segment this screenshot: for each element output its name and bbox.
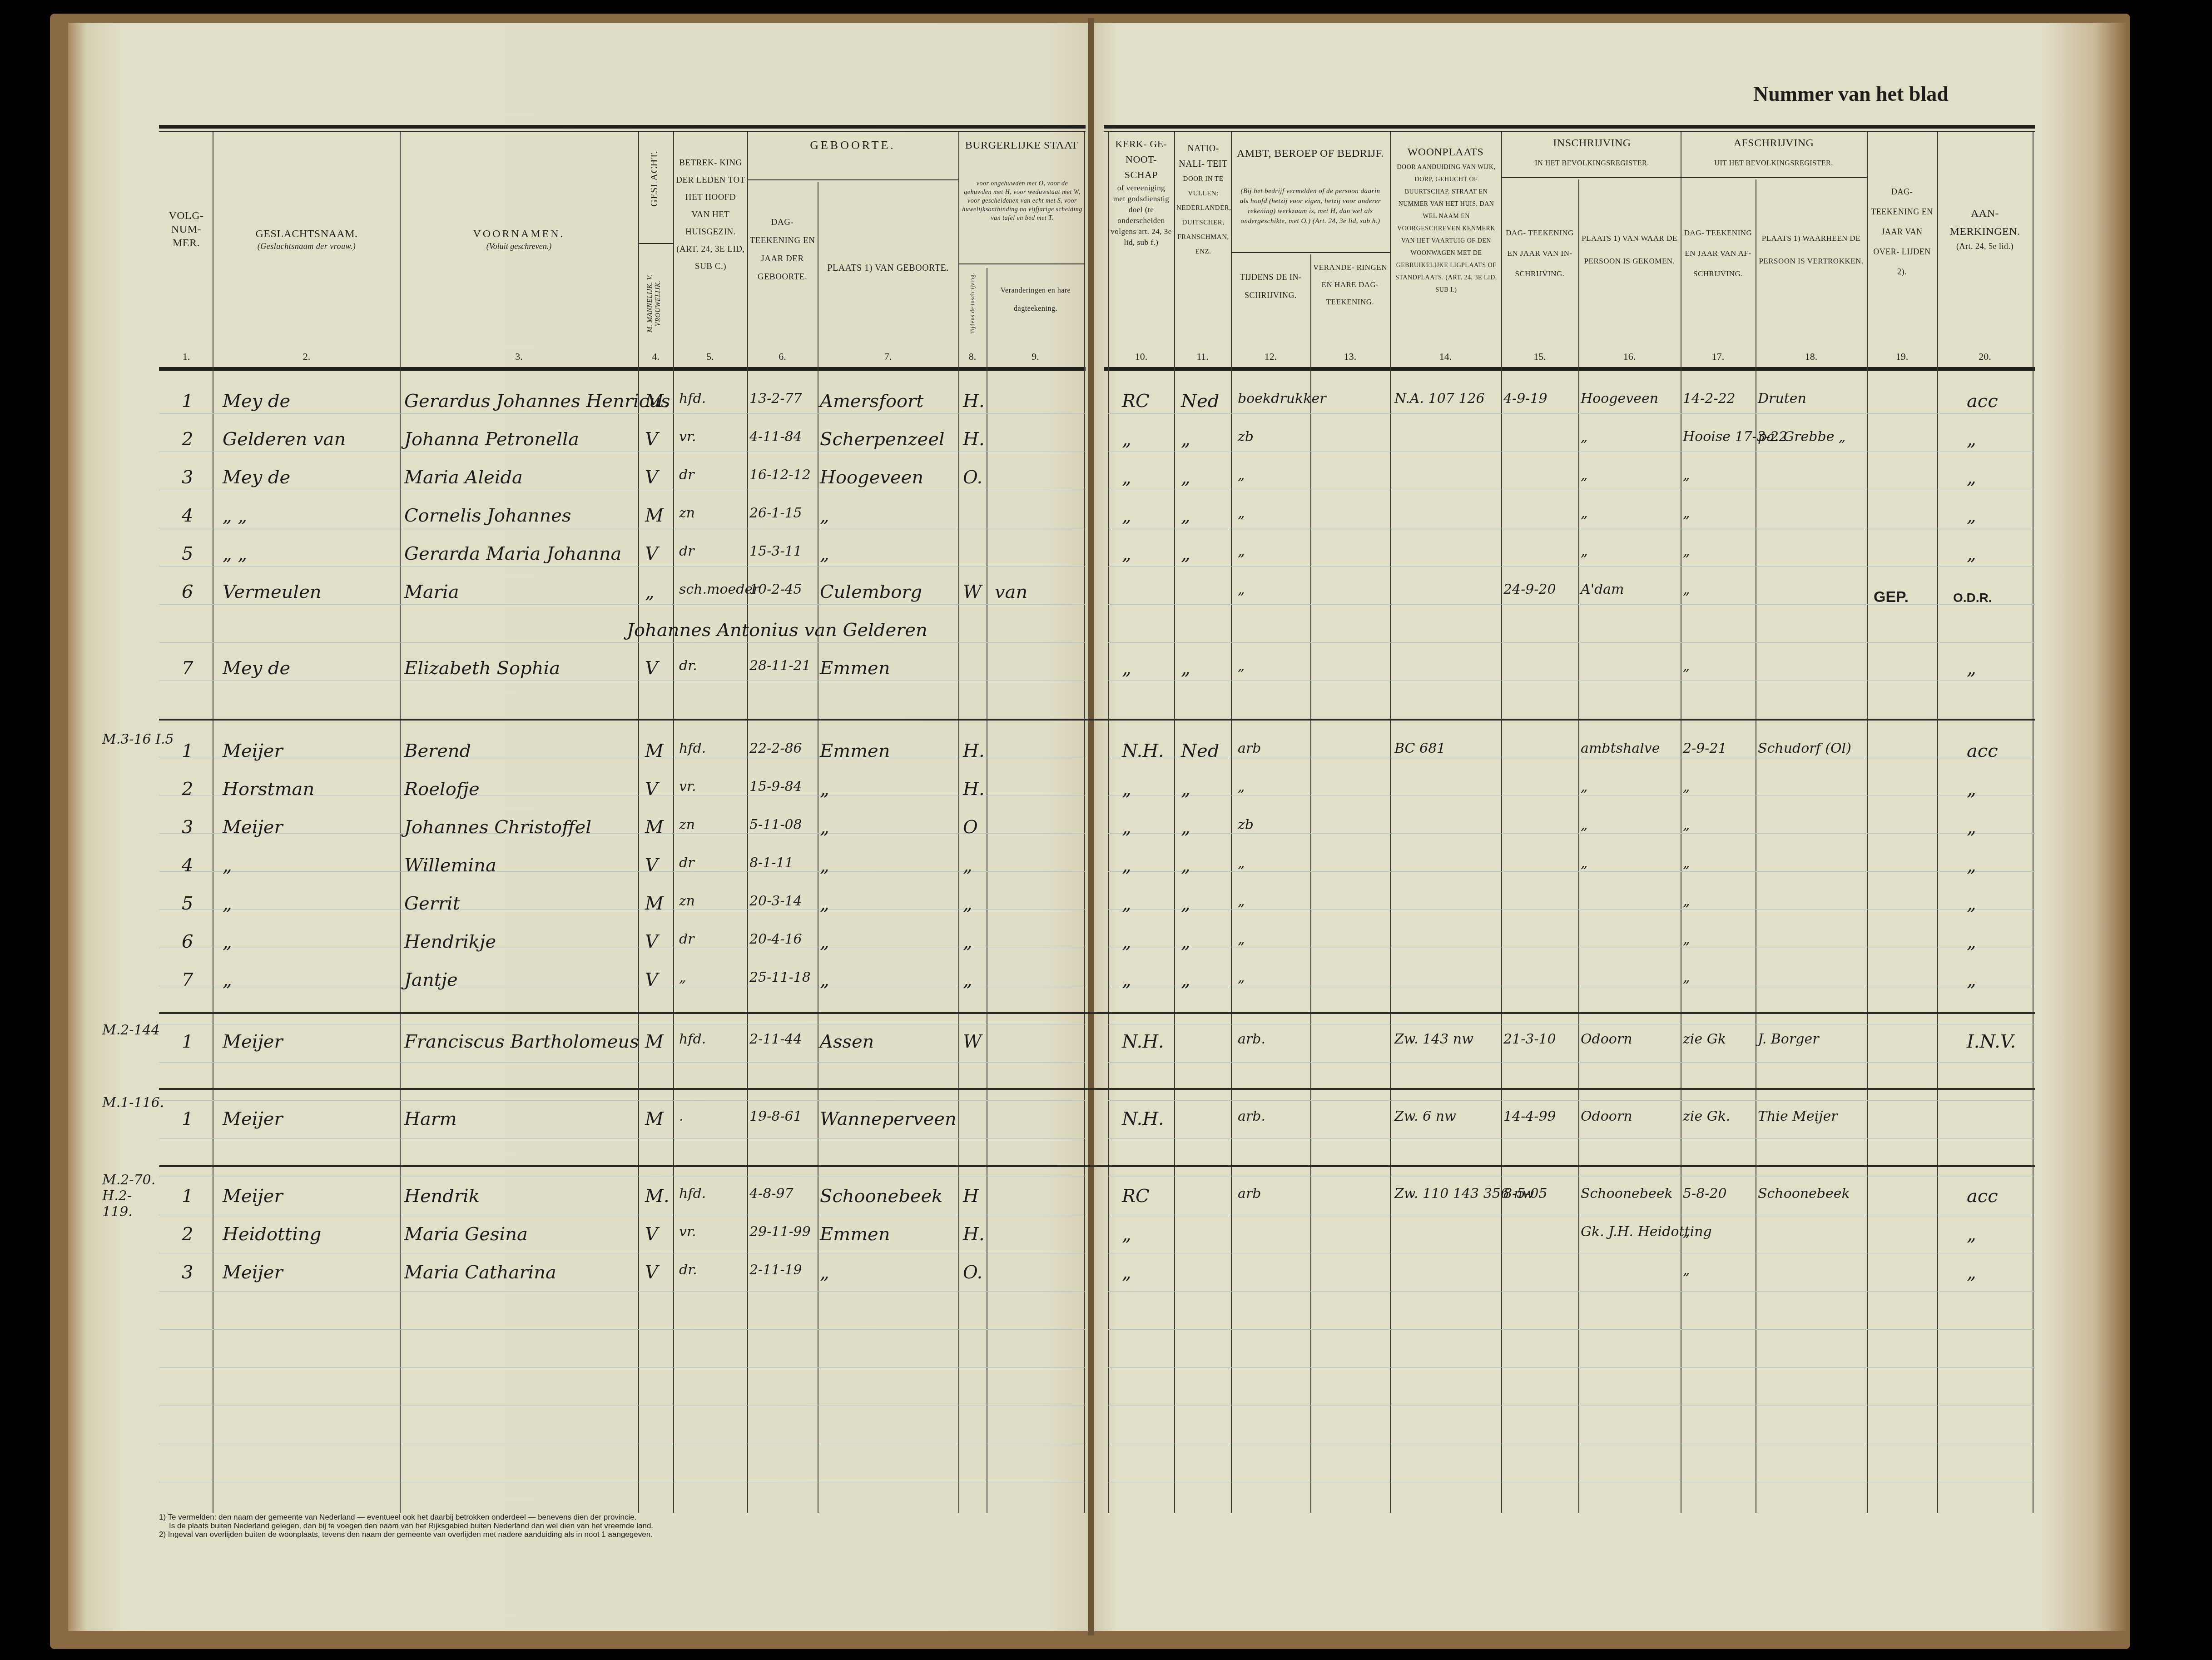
- cell-nr: 6: [182, 581, 193, 602]
- cell-birth-place: „: [820, 893, 829, 914]
- group-rule-afschrijving: [1681, 177, 1867, 178]
- margin-note: M.3-16 I.5: [102, 731, 174, 747]
- cell-in-from: A'dam: [1581, 581, 1624, 597]
- header-bottom-rule-right: [1104, 367, 2035, 371]
- header-col20: Aan- merkingen.(Art. 24, 5e lid.): [1939, 204, 2030, 252]
- cell-in-from: „: [1581, 779, 1588, 795]
- col-line: [1231, 132, 1232, 1513]
- cell-in-from: Odoorn: [1581, 1031, 1632, 1047]
- header-col19: Dag- teekening en jaar van over- lijden …: [1869, 182, 1935, 282]
- cell-birth-place: „: [820, 505, 829, 526]
- ruled-line: [159, 566, 1086, 567]
- cell-occupation: arb.: [1238, 1108, 1265, 1124]
- col-line: [1937, 132, 1938, 1513]
- cell-birth-date: 16-12-12: [749, 467, 811, 483]
- cell-out-date: 2-9-21: [1683, 741, 1727, 756]
- ruled-line: [159, 1138, 1086, 1139]
- cell-nr: 5: [182, 543, 193, 564]
- group-rule-inschrijving: [1501, 177, 1681, 178]
- cell-remarks: „: [1967, 467, 1976, 488]
- header-group-afschrijving: Afschrijving: [1683, 136, 1865, 150]
- ruled-line: [1108, 1367, 2035, 1368]
- cell-occupation: „: [1238, 931, 1245, 947]
- ruled-line: [1108, 1024, 2035, 1024]
- cell-in-from: Hoogeveen: [1581, 391, 1658, 407]
- colnum-7: 7.: [818, 351, 958, 363]
- group-rule-geslacht: [638, 243, 673, 244]
- col-line: [1084, 132, 1085, 1513]
- header-col13: Verande- ringen en hare dag- teekening.: [1313, 259, 1388, 311]
- colnum-13: 13.: [1310, 351, 1390, 363]
- cell-birth-date: 15-3-11: [749, 543, 802, 559]
- ruled-line: [1108, 948, 2035, 948]
- cell-nationality: „: [1181, 505, 1190, 526]
- cell-church: „: [1122, 543, 1131, 564]
- cell-given: Gerarda Maria Johanna: [404, 543, 621, 564]
- cell-birth-date: 8-1-11: [749, 855, 794, 871]
- cell-nr: 5: [182, 893, 193, 914]
- cell-birth-place: Wanneperveen: [820, 1108, 957, 1129]
- ruled-line: [159, 833, 1086, 834]
- cell-given: Franciscus Bartholomeus: [404, 1031, 639, 1052]
- cell-in-from: „: [1581, 467, 1588, 483]
- col-line: [400, 132, 401, 1513]
- cell-birth-place: Amersfoort: [820, 391, 923, 412]
- col-line: [1174, 132, 1175, 1513]
- cell-nationality: „: [1181, 658, 1190, 679]
- cell-sex: M: [645, 817, 664, 838]
- cell-out-date: „: [1683, 969, 1690, 985]
- cell-relation: sch.moeder: [679, 581, 759, 597]
- group-rule-geboorte: [747, 179, 958, 180]
- ruled-line: [159, 1444, 1086, 1444]
- header-col17: Dag- teekening en jaar van af- schrijvin…: [1683, 223, 1753, 284]
- cell-sex: M: [645, 1031, 664, 1052]
- header-col2-sub: (Geslachtsnaam der vrouw.): [216, 241, 397, 252]
- cell-given: Maria: [404, 581, 459, 602]
- cell-civil: O.: [963, 1262, 982, 1283]
- header-group-ambt-sub: (Bij het bedrijf vermelden of de persoon…: [1235, 186, 1385, 226]
- cell-sex: M.: [645, 1186, 670, 1207]
- colnum-12: 12.: [1231, 351, 1310, 363]
- cell-surname: Meijer: [223, 817, 283, 838]
- death-stamp: GEP.: [1874, 588, 1909, 606]
- cell-relation: zn: [679, 893, 695, 909]
- cell-church: N.H.: [1122, 1108, 1164, 1129]
- cell-occupation: arb.: [1238, 1031, 1265, 1047]
- header-col4-sub: M. Mannelijk. V. Vrouwelijk.: [646, 253, 662, 353]
- header-col3: Voornamen.(Voluit geschreven.): [402, 227, 636, 252]
- cell-relation: vr.: [679, 429, 696, 445]
- cell-surname: „: [223, 893, 232, 914]
- cell-remarks: „: [1967, 931, 1976, 952]
- cell-surname: Gelderen van: [223, 429, 346, 450]
- ruled-line: [1108, 1062, 2035, 1063]
- cell-occupation: „: [1238, 779, 1245, 795]
- ruled-line: [1108, 1444, 2035, 1444]
- cell-relation: .: [679, 1108, 684, 1124]
- cell-given: Hendrik: [404, 1186, 480, 1207]
- margin-note: M.2-144: [102, 1022, 160, 1038]
- cell-sex: V: [645, 658, 658, 679]
- colnum-3: 3.: [400, 351, 638, 363]
- header-col14-sub: door aanduiding van wijk, dorp, gehucht …: [1394, 161, 1499, 296]
- cell-birth-place: „: [820, 855, 829, 876]
- cell-birth-date: 26-1-15: [749, 505, 802, 521]
- cell-nr: 4: [182, 855, 193, 876]
- ruled-line: [159, 1062, 1086, 1063]
- cell-birth-date: 13-2-77: [749, 391, 802, 407]
- cell-nationality: Ned: [1181, 391, 1219, 412]
- header-col16: Plaats 1) van waar de persoon is gekomen…: [1581, 227, 1678, 273]
- cell-birth-place: Schoonebeek: [820, 1186, 942, 1207]
- cell-birth-place: „: [820, 931, 829, 952]
- cell-church: N.H.: [1122, 741, 1164, 761]
- cell-birth-date: 4-8-97: [749, 1186, 794, 1202]
- colnum-15: 15.: [1501, 351, 1578, 363]
- cell-out-date: „: [1683, 779, 1690, 795]
- ruled-line: [1108, 1215, 2035, 1215]
- cell-given: Harm: [404, 1108, 457, 1129]
- cell-birth-date: 20-4-16: [749, 931, 802, 947]
- cell-in-from: Schoonebeek: [1581, 1186, 1673, 1202]
- header-col4: Geslacht.: [647, 152, 661, 207]
- cell-out-date: 14-2-22: [1683, 391, 1736, 407]
- cell-nr: 4: [182, 505, 193, 526]
- cell-nationality: „: [1181, 817, 1190, 838]
- cell-sex: V: [645, 779, 658, 800]
- cell-church: „: [1122, 779, 1131, 800]
- cell-civil: H: [963, 1186, 979, 1207]
- cell-given: Berend: [404, 741, 471, 761]
- col-line: [2033, 132, 2033, 1513]
- cell-birth-date: 4-11-84: [749, 429, 802, 445]
- ruled-line: [1108, 1100, 2035, 1101]
- cell-remarks: „: [1967, 1224, 1976, 1245]
- cell-in-date: 4-9-19: [1503, 391, 1547, 407]
- ruled-line: [159, 1024, 1086, 1024]
- cell-birth-place: Emmen: [820, 658, 890, 679]
- header-col15: Dag- teekening en jaar van in- schrijvin…: [1503, 223, 1576, 284]
- cell-residence: Zw. 143 nw: [1394, 1031, 1473, 1047]
- cell-church: „: [1122, 969, 1131, 990]
- ruled-line: [1108, 1329, 2035, 1330]
- cell-relation: dr: [679, 931, 694, 947]
- cell-remarks: „: [1967, 855, 1976, 876]
- cell-civil: W: [963, 1031, 982, 1052]
- cell-nr: 3: [182, 1262, 193, 1283]
- col-line: [1867, 132, 1868, 1513]
- cell-surname: Meijer: [223, 1108, 283, 1129]
- cell-relation: hfd.: [679, 1031, 706, 1047]
- ruled-line: [159, 642, 1086, 643]
- cell-nr: 1: [182, 1186, 193, 1207]
- cell-surname: Meijer: [223, 1186, 283, 1207]
- cell-sex: V: [645, 1224, 658, 1245]
- col-line: [1501, 132, 1502, 1513]
- cell-church: „: [1122, 658, 1131, 679]
- cell-sex: M: [645, 893, 664, 914]
- ruled-line: [1108, 795, 2035, 795]
- footnote-1b: Is de plaats buiten Nederland gelegen, d…: [159, 1521, 653, 1530]
- cell-remarks: „: [1967, 779, 1976, 800]
- header-group-inschrijving: Inschrijving: [1503, 136, 1681, 150]
- cell-given: Gerrit: [404, 893, 460, 914]
- header-bottom-rule-left: [159, 367, 1086, 371]
- ruled-line: [1108, 413, 2035, 414]
- ruled-line: [159, 604, 1086, 605]
- header-top-rule-right-thin: [1104, 131, 2035, 132]
- cell-birth-place: „: [820, 969, 829, 990]
- colnum-18: 18.: [1756, 351, 1867, 363]
- header-group-inschrijving-sub: in het bevolkingsregister.: [1503, 157, 1681, 170]
- cell-civil: „: [963, 855, 972, 876]
- cell-birth-date: 2-11-19: [749, 1262, 802, 1278]
- header-col12: Tijdens de in- schrijving.: [1233, 268, 1308, 304]
- col-line: [1578, 179, 1579, 1513]
- cell-civil: „: [963, 969, 972, 990]
- cell-sex: V: [645, 1262, 658, 1283]
- header-group-geboorte: Geboorte.: [749, 139, 956, 152]
- cell-remarks: „: [1967, 1262, 1976, 1283]
- cell-surname: „: [223, 931, 232, 952]
- cell-surname: „: [223, 969, 232, 990]
- cell-remarks: I.N.V.: [1967, 1031, 2016, 1052]
- colnum-5: 5.: [673, 351, 747, 363]
- ruled-line: [1108, 566, 2035, 567]
- cell-relation: hfd.: [679, 1186, 706, 1202]
- cell-surname: Meijer: [223, 741, 283, 761]
- col-line: [213, 132, 213, 1513]
- header-col11-sub: door in te vullen: Nederlander, Duitsche…: [1176, 172, 1230, 259]
- cell-nationality: „: [1181, 931, 1190, 952]
- ruled-line: [159, 1367, 1086, 1368]
- cell-civil: H.: [963, 391, 985, 412]
- cell-given: Maria Aleida: [404, 467, 523, 488]
- cell-remarks: acc: [1967, 391, 1998, 412]
- cell-occupation: „: [1238, 969, 1245, 985]
- cell-out-to: J. Borger: [1758, 1031, 1819, 1047]
- cell-nr: 2: [182, 779, 193, 800]
- cell-remarks: „: [1967, 543, 1976, 564]
- cell-nationality: „: [1181, 543, 1190, 564]
- ruled-line: [1108, 490, 2035, 490]
- cell-relation: zn: [679, 505, 695, 521]
- col-line: [958, 132, 959, 1513]
- cell-church: „: [1122, 467, 1131, 488]
- cell-surname: Mey de: [223, 467, 290, 488]
- ruled-line: [1108, 833, 2035, 834]
- header-col7: Plaats 1) van geboorte.: [820, 254, 956, 282]
- cell-birth-date: 19-8-61: [749, 1108, 802, 1124]
- cell-remarks: „: [1967, 505, 1976, 526]
- colnum-8: 8.: [958, 351, 987, 363]
- cell-birth-date: 28-11-21: [749, 658, 811, 674]
- cell-given: Roelofje: [404, 779, 480, 800]
- cell-church: „: [1122, 817, 1131, 838]
- cell-civil: O: [963, 817, 978, 838]
- cell-out-to: Thie Meijer: [1758, 1108, 1838, 1124]
- cell-out-to: Druten: [1758, 391, 1806, 407]
- cell-remarks: „: [1967, 969, 1976, 990]
- cell-out-date: „: [1683, 931, 1690, 947]
- cell-civil: W: [963, 581, 982, 602]
- cell-out-date: „: [1683, 1262, 1690, 1278]
- cell-sex: V: [645, 969, 658, 990]
- cell-given: Johanna Petronella: [404, 429, 579, 450]
- cell-occupation: „: [1238, 543, 1245, 559]
- cell-remarks: „: [1967, 817, 1976, 838]
- cell-out-to: Schudorf (Ol): [1758, 741, 1851, 756]
- cell-relation: dr: [679, 543, 694, 559]
- cell-in-from: „: [1581, 817, 1588, 833]
- cell-remarks: „: [1967, 429, 1976, 450]
- cell-sex: M: [645, 741, 664, 761]
- cell-church: RC: [1122, 1186, 1150, 1207]
- cell-birth-place: Emmen: [820, 741, 890, 761]
- col-line: [673, 132, 674, 1513]
- header-col20-title: Aan- merkingen.: [1950, 208, 2020, 238]
- cell-in-from: „: [1581, 505, 1588, 521]
- cell-occupation: boekdrukker: [1238, 391, 1326, 407]
- header-col1: Volg- num- mer.: [161, 209, 211, 250]
- cell-birth-place: „: [820, 779, 829, 800]
- ruled-line: [1108, 1482, 2035, 1482]
- cell-sex: M: [645, 505, 664, 526]
- cell-out-date: „: [1683, 893, 1690, 909]
- cell-surname: „: [223, 855, 232, 876]
- margin-note: M.1-116.: [102, 1095, 164, 1111]
- ruled-line: [1108, 910, 2035, 910]
- household-separator: [159, 1012, 2035, 1014]
- ruled-line: [1108, 1138, 2035, 1139]
- header-group-burgerlijke-staat-sub: voor ongehuwden met O, voor de gehuwden …: [962, 179, 1082, 223]
- cell-birth-date: 20-3-14: [749, 893, 802, 909]
- cell-surname: Meijer: [223, 1031, 283, 1052]
- cell-birth-place: Emmen: [820, 1224, 890, 1245]
- cell-sex: V: [645, 931, 658, 952]
- col-line: [638, 132, 639, 1513]
- col-line: [1681, 132, 1681, 1513]
- cell-nationality: „: [1181, 467, 1190, 488]
- household-separator: [159, 719, 2035, 721]
- cell-in-date: 14-4-99: [1503, 1108, 1556, 1124]
- cell-church: „: [1122, 855, 1131, 876]
- cell-residence: BC 681: [1394, 741, 1445, 756]
- cell-out-date: „: [1683, 581, 1690, 597]
- cell-birth-date: 22-2-86: [749, 741, 802, 756]
- cell-nationality: „: [1181, 969, 1190, 990]
- cell-remarks: „: [1967, 893, 1976, 914]
- cell-relation: dr.: [679, 658, 697, 674]
- cell-church: „: [1122, 505, 1131, 526]
- ruled-line: [1108, 1406, 2035, 1406]
- cell-residence: N.A. 107 126: [1394, 391, 1485, 407]
- header-col14: Woonplaats: [1392, 145, 1499, 159]
- cell-surname: Mey de: [223, 391, 290, 412]
- cell-birth-place: „: [820, 817, 829, 838]
- colnum-19: 19.: [1867, 351, 1937, 363]
- cell-relation: dr.: [679, 1262, 697, 1278]
- household-separator: [159, 1165, 2035, 1167]
- colnum-11: 11.: [1174, 351, 1231, 363]
- ruled-line: [159, 1329, 1086, 1330]
- cell-relation: hfd.: [679, 741, 706, 756]
- footnotes: 1) Te vermelden: den naam der gemeente v…: [159, 1513, 653, 1539]
- cell-occupation: „: [1238, 893, 1245, 909]
- cell-civil: „: [963, 893, 972, 914]
- col-line: [1756, 179, 1756, 1513]
- cell-church: RC: [1122, 391, 1150, 412]
- cell-relation: hfd.: [679, 391, 706, 407]
- cell-sex: V: [645, 855, 658, 876]
- cell-church: „: [1122, 1262, 1131, 1283]
- cell-given: Willemina: [404, 855, 496, 876]
- header-col10-sub: of vereeniging met godsdienstig doel (te…: [1111, 183, 1172, 248]
- group-rule-ambt: [1231, 252, 1390, 253]
- colnum-4: 4.: [638, 351, 673, 363]
- cell-occupation: zb: [1238, 429, 1254, 445]
- cell-occupation: „: [1238, 505, 1245, 521]
- colnum-1: 1.: [159, 351, 213, 363]
- cell-civil: H.: [963, 741, 985, 761]
- cell-church: „: [1122, 1224, 1131, 1245]
- cell-occupation: „: [1238, 658, 1245, 674]
- header-col20-sub: (Art. 24, 5e lid.): [1939, 241, 2030, 252]
- header-col8: Tijdens de inschrijving.: [969, 263, 976, 344]
- ruled-line: [1108, 757, 2035, 757]
- cell-nr: 2: [182, 429, 193, 450]
- cell-surname: Vermeulen: [223, 581, 322, 602]
- cell-civil: H.: [963, 1224, 985, 1245]
- ruled-line: [1108, 986, 2035, 986]
- cell-given: Elizabeth Sophia: [404, 658, 560, 679]
- cell-in-date: 24-9-20: [1503, 581, 1556, 597]
- col-line: [1390, 132, 1391, 1513]
- cell-in-from: „: [1581, 855, 1588, 871]
- group-rule-burgerlijke-staat: [958, 263, 1084, 264]
- ruled-line: [159, 910, 1086, 910]
- cell-relation: vr.: [679, 1224, 696, 1240]
- ruled-line: [159, 452, 1086, 452]
- cell-birth-place: „: [820, 1262, 829, 1283]
- ruled-line: [1108, 1177, 2035, 1177]
- sheet-number-label: Nummer van het blad: [1753, 82, 1949, 106]
- cell-birth-place: Assen: [820, 1031, 874, 1052]
- cell-out-date: zie Gk.: [1683, 1108, 1730, 1124]
- header-col11: Natio- nali- teitdoor in te vullen: Nede…: [1176, 141, 1230, 259]
- ruled-line: [1108, 1253, 2035, 1253]
- header-top-rule-right: [1104, 125, 2035, 129]
- header-col9: Veranderingen en hare dagteekening.: [990, 282, 1081, 318]
- ruled-line: [159, 871, 1086, 872]
- ruled-line: [159, 1291, 1086, 1292]
- cell-nr: 7: [182, 658, 193, 679]
- cell-civil: „: [963, 931, 972, 952]
- header-group-ambt: Ambt, beroep of bedrijf.: [1233, 145, 1388, 162]
- cell-surname: Heidotting: [223, 1224, 321, 1245]
- colnum-2: 2.: [213, 351, 400, 363]
- cell-in-from: Gk. J.H. Heidotting: [1581, 1224, 1712, 1240]
- cell-birth-date: 29-11-99: [749, 1224, 811, 1240]
- cell-nr: 1: [182, 391, 193, 412]
- cell-birth-date: 2-11-44: [749, 1031, 802, 1047]
- col-line: [987, 268, 987, 1513]
- ruled-line: [159, 1100, 1086, 1101]
- cell-relation: vr.: [679, 779, 696, 795]
- cell-in-date: 8-5-05: [1503, 1186, 1547, 1202]
- cell-sex: M.: [645, 391, 670, 412]
